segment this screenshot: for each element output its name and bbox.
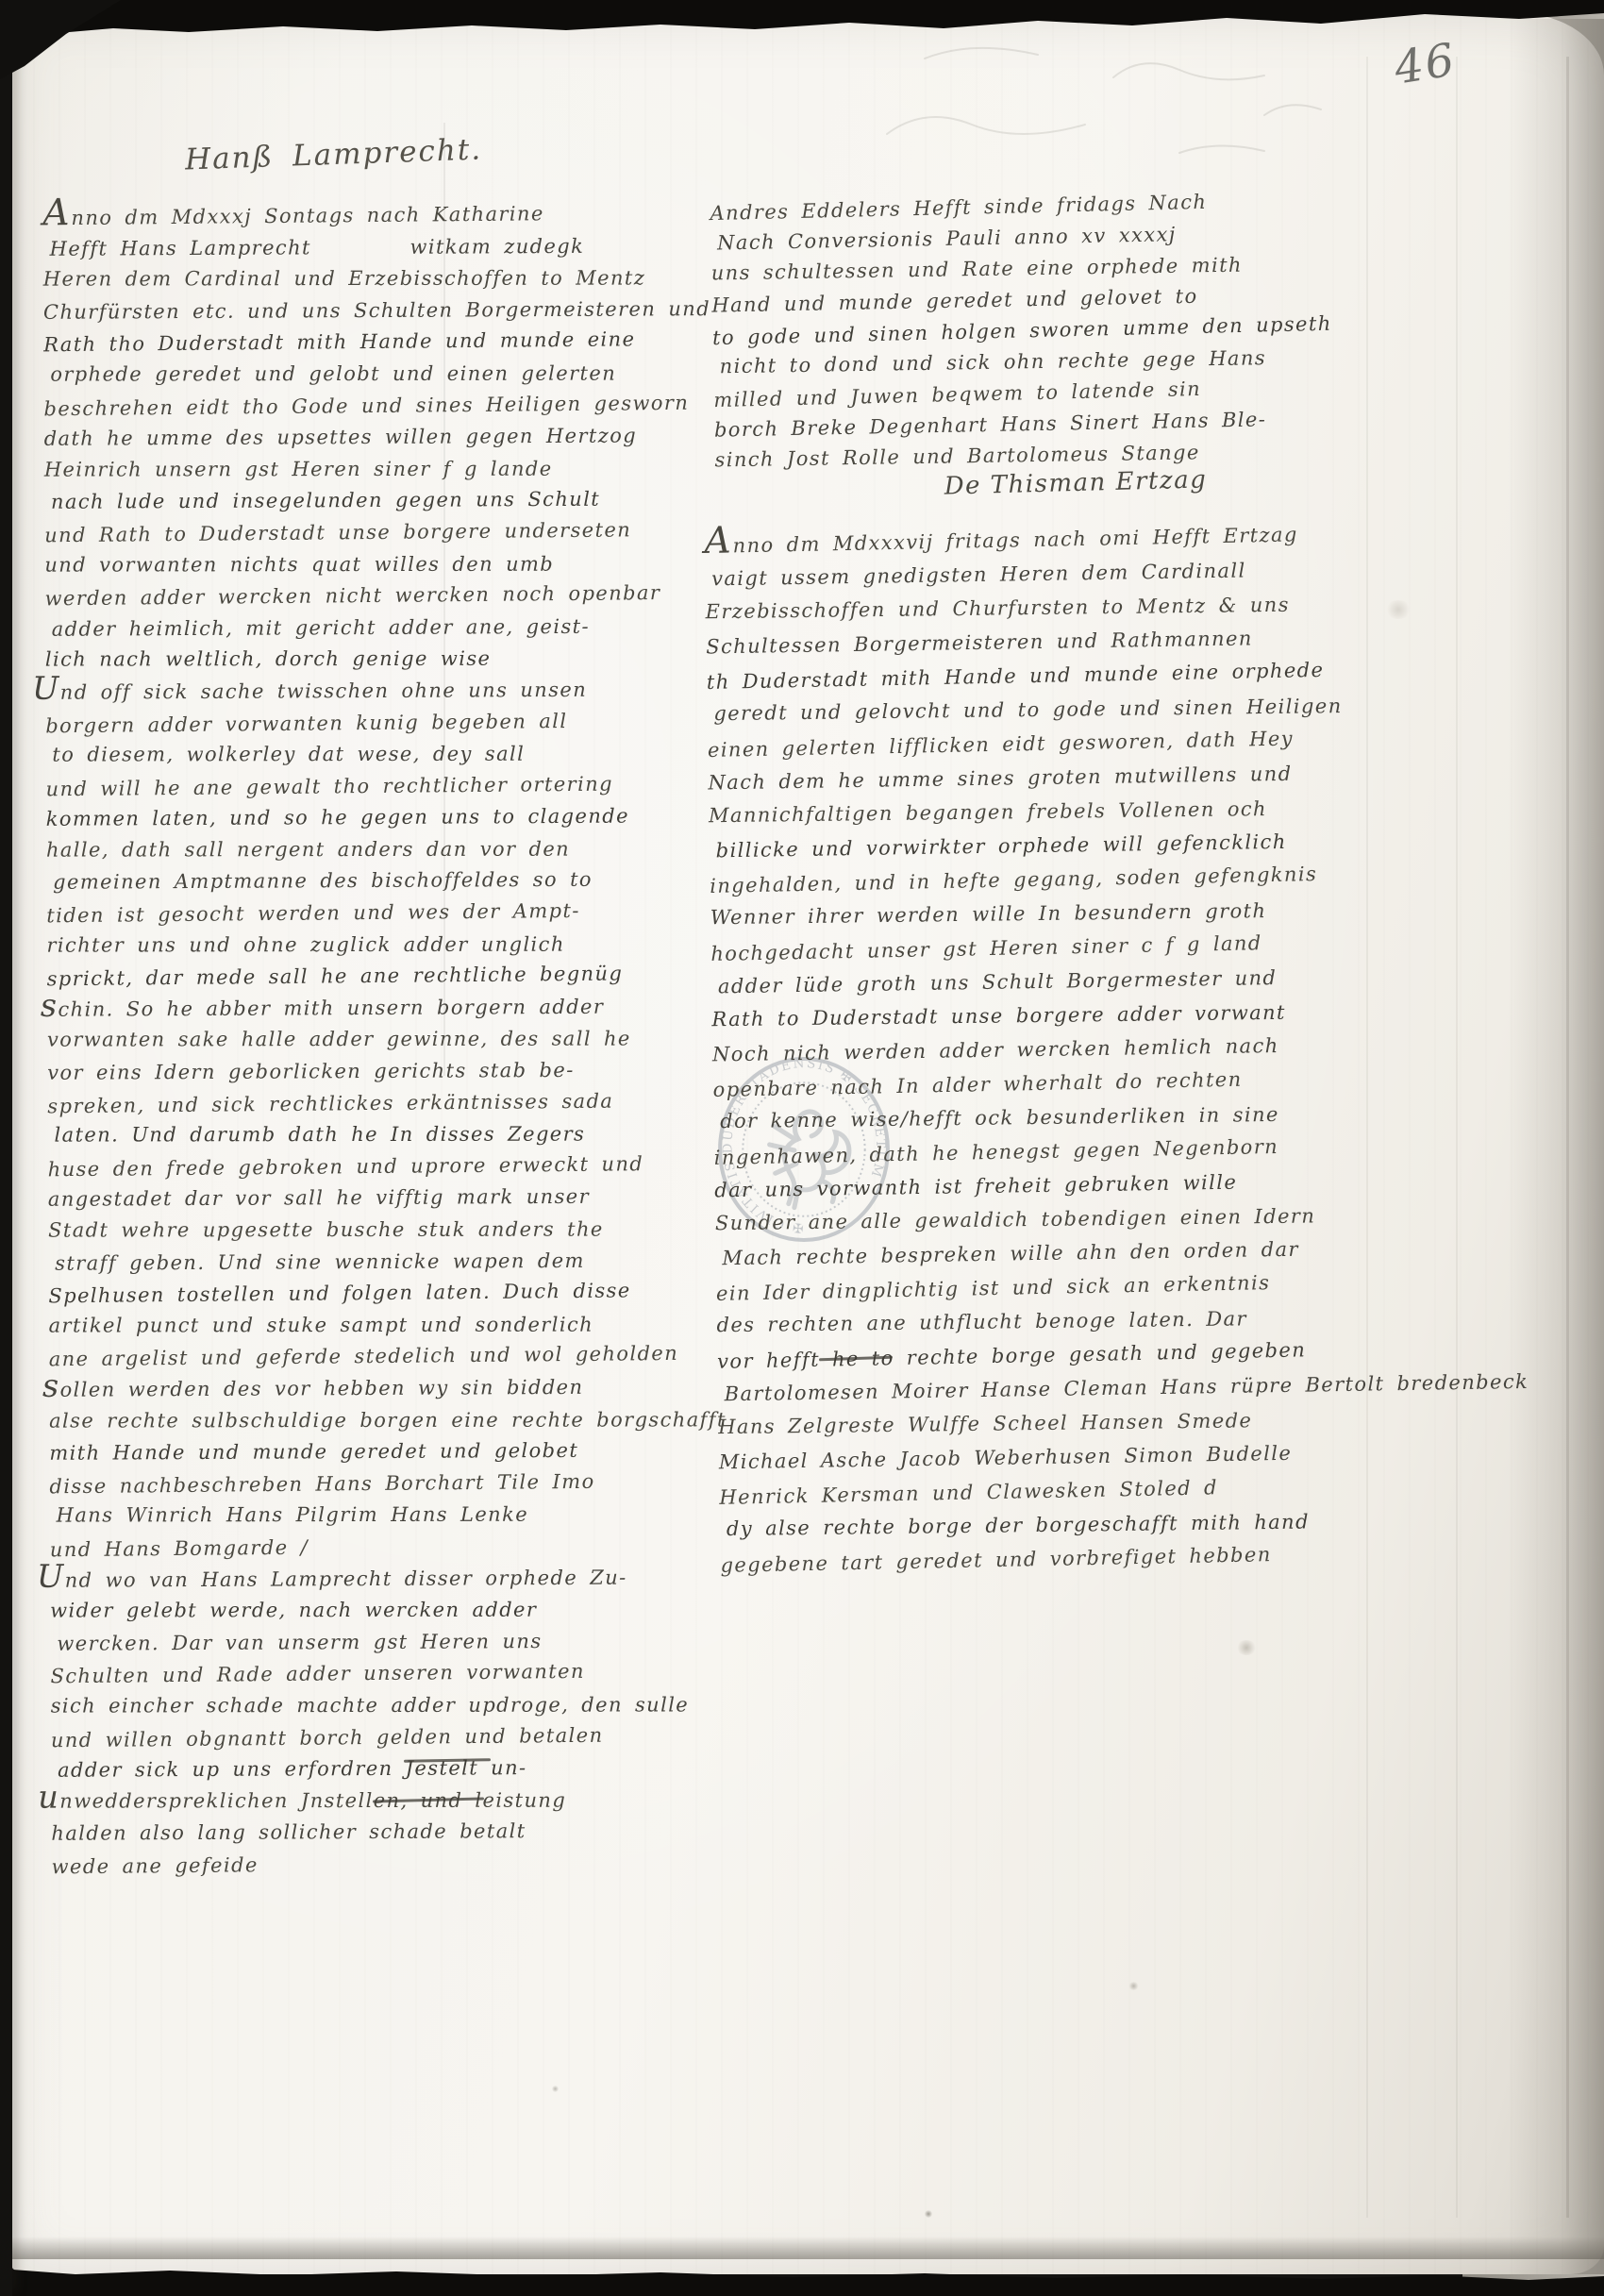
manuscript-line: halle, dath sall nergent anders dan vor …	[46, 833, 699, 866]
manuscript-line: und vorwanten nichts quat willes den umb	[44, 548, 697, 581]
page-bottom-edge-shadow	[0, 2237, 1604, 2259]
manuscript-line: vor eins Idern geborlicken gerichts stab…	[47, 1054, 700, 1089]
paper-stain	[552, 2086, 559, 2092]
fold-line	[1566, 57, 1569, 2218]
right-text-column-first-record: Andres Eddelers Hefft sinde fridags Nach…	[710, 184, 1366, 477]
manuscript-line: disse nachbeschreben Hans Borchart Tile …	[49, 1465, 702, 1502]
manuscript-scan: ✠ CIVITATIS DUDERSTADENSIS ✠ SECRETUM 46…	[0, 0, 1604, 2296]
manuscript-line: wercken. Dar van unserm gst Heren uns	[57, 1625, 703, 1660]
manuscript-line: sprickt, dar mede sall he ane rechtliche…	[47, 958, 700, 996]
manuscript-line: straff geben. Und sine wennicke wapen de…	[55, 1245, 701, 1280]
manuscript-line: artikel punct und stuke sampt und sonder…	[49, 1309, 702, 1342]
manuscript-line: Schulten und Rade adder unseren vorwante…	[50, 1655, 703, 1693]
manuscript-line: Anno dm Mdxxxj Sontags nach Katharine	[42, 197, 695, 235]
manuscript-line: und willen obgnantt borch gelden und bet…	[51, 1718, 704, 1756]
manuscript-line: nach lude und insegelunden gegen uns Sch…	[51, 484, 697, 519]
manuscript-line: adder heimlich, mit gericht adder ane, g…	[52, 611, 698, 645]
manuscript-line: orphede geredet und gelobt und einen gel…	[50, 358, 696, 391]
manuscript-line: und Hans Bomgarde /	[50, 1529, 703, 1567]
manuscript-line: Rath tho Duderstadt mith Hande und munde…	[43, 324, 696, 361]
manuscript-line: vorwanten sake halle adder gewinne, des …	[47, 1024, 700, 1057]
manuscript-line: to diesem, wolkerley dat wese, dey sall	[52, 738, 698, 771]
right-text-column-second-record: Anno dm Mdxxxvij fritags nach omi Hefft …	[704, 518, 1371, 1582]
manuscript-line: beschrehen eidt tho Gode und sines Heili…	[43, 387, 696, 425]
manuscript-line: mith Hande und munde geredet und gelobet	[49, 1434, 702, 1469]
manuscript-line: spreken, und sick rechtlickes erkäntniss…	[47, 1084, 700, 1122]
manuscript-line: Heinrich unsern gst Heren siner f g land…	[44, 453, 697, 486]
manuscript-line: Hans Winrich Hans Pilgrim Hans Lenke	[57, 1500, 703, 1533]
manuscript-line: borgern adder vorwanten kunig begeben al…	[45, 704, 698, 742]
manuscript-line: Churfürsten etc. und uns Schulten Borger…	[43, 293, 696, 328]
manuscript-line: halden also lang sollicher schade betalt	[51, 1815, 704, 1850]
scan-left-edge	[0, 0, 12, 2296]
folio-number: 46	[1391, 33, 1460, 94]
manuscript-line: Hefft Hans Lamprecht witkam zudegk	[50, 230, 696, 265]
manuscript-line: kommen laten, und so he gegen uns to cla…	[46, 800, 699, 835]
manuscript-line: Und off sick sache twisschen ohne uns un…	[45, 674, 698, 709]
left-text-column: Anno dm Mdxxxj Sontags nach KatharineHef…	[42, 198, 704, 1882]
manuscript-line: wede ane gefeide	[51, 1846, 704, 1884]
manuscript-line: richter uns und ohne zuglick adder ungli…	[46, 929, 699, 962]
manuscript-line: angestadet dar vor sall he vifftig mark …	[48, 1182, 701, 1216]
manuscript-line: Spelhusen tostellen und folgen laten. Du…	[48, 1275, 701, 1313]
manuscript-line: schin. So he abber mith unsern borgern a…	[54, 991, 700, 1026]
manuscript-line: tiden ist gesocht werden und wes der Amp…	[46, 895, 699, 932]
paper-stain	[1236, 1640, 1257, 1655]
fold-line	[1456, 57, 1458, 2218]
manuscript-line: Heren dem Cardinal und Erzebisschoffen t…	[43, 263, 696, 296]
manuscript-line: ane argelist und geferde stedelich und w…	[49, 1338, 702, 1376]
manuscript-line: laten. Und darumb dath he In disses Zege…	[54, 1119, 700, 1152]
manuscript-line: und will he ane gewalt tho rechtlicher o…	[45, 767, 698, 805]
manuscript-line: gemeinen Amptmanne des bischoffeldes so …	[53, 864, 699, 899]
paper-stain	[1385, 600, 1412, 619]
manuscript-line: huse den frede gebroken und uprore erwec…	[48, 1148, 701, 1185]
manuscript-line: alse rechte sulbschuldige borgen eine re…	[49, 1404, 702, 1437]
manuscript-line: lich nach weltlich, dorch genige wise	[45, 644, 698, 677]
manuscript-line: sich eincher schade machte adder updroge…	[51, 1689, 704, 1722]
manuscript-line: dath he umme des upsettes willen gegen H…	[44, 420, 697, 455]
fold-line	[1366, 57, 1368, 2218]
manuscript-line: und Rath to Duderstadt unse borgere unde…	[44, 514, 697, 552]
manuscript-line: Stadt wehre upgesette busche stuk anders…	[48, 1214, 701, 1247]
paper-stain	[1128, 1982, 1139, 1990]
manuscript-line: sollen werden des vor hebben wy sin bidd…	[56, 1371, 702, 1406]
paper-stain	[925, 2210, 932, 2218]
manuscript-line: adder sick up uns erfordren Jestelt un-	[58, 1751, 704, 1786]
manuscript-line: Und wo van Hans Lamprecht disser orphede…	[50, 1562, 703, 1597]
manuscript-line: wider gelebt werde, nach wercken adder	[50, 1595, 703, 1628]
manuscript-line: werden adder wercken nicht wercken noch …	[44, 578, 697, 615]
ink-bleedthrough-marks	[868, 21, 1396, 191]
